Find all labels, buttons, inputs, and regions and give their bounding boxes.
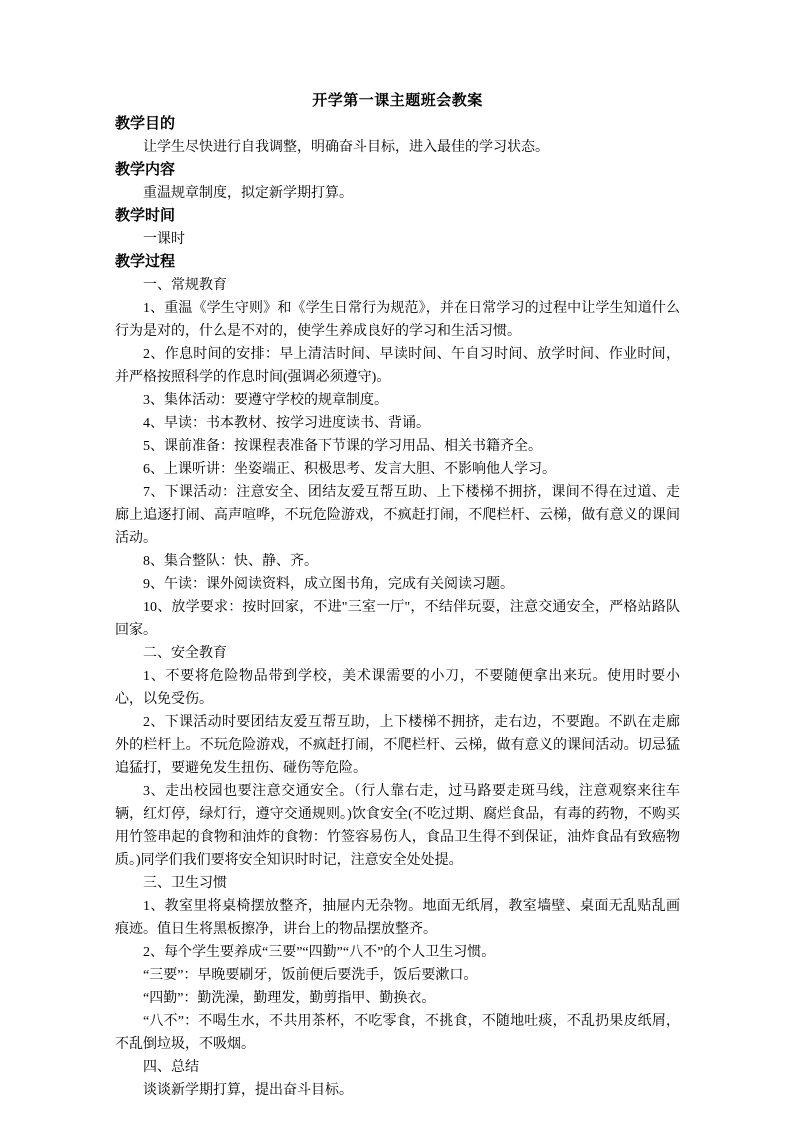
section-heading: 教学内容	[115, 159, 680, 182]
paragraph: 8、集合整队：快、静、齐。	[115, 550, 680, 573]
paragraph: 2、作息时间的安排：早上清洁时间、早读时间、午自习时间、放学时间、作业时间，并严…	[115, 343, 680, 389]
paragraph: 三、卫生习惯	[115, 872, 680, 895]
paragraph: 4、早读：书本教材、按学习进度读书、背诵。	[115, 412, 680, 435]
paragraph: “三要”：早晚要刷牙，饭前便后要洗手，饭后要漱口。	[115, 964, 680, 987]
paragraph: 2、下课活动时要团结友爱互帮互助，上下楼梯不拥挤，走右边，不要跑。不趴在走廊外的…	[115, 711, 680, 780]
paragraph: “四勤”：勤洗澡，勤理发，勤剪指甲、勤换衣。	[115, 987, 680, 1010]
paragraph: 一课时	[115, 228, 680, 251]
section-heading: 教学目的	[115, 113, 680, 136]
paragraph: “八不”：不喝生水，不共用茶杯，不吃零食，不挑食，不随地吐痰，不乱扔果皮纸屑，不…	[115, 1010, 680, 1056]
paragraph: 2、每个学生要养成“三要”“四勤”“八不”的个人卫生习惯。	[115, 941, 680, 964]
paragraph: 5、课前准备：按课程表准备下节课的学习用品、相关书籍齐全。	[115, 435, 680, 458]
paragraph: 二、安全教育	[115, 642, 680, 665]
paragraph: 1、教室里将桌椅摆放整齐，抽屉内无杂物。地面无纸屑，教室墙壁、桌面无乱贴乱画痕迹…	[115, 895, 680, 941]
document-title: 开学第一课主题班会教案	[115, 90, 680, 113]
paragraph: 3、集体活动：要遵守学校的规章制度。	[115, 389, 680, 412]
paragraph: 谈谈新学期打算，提出奋斗目标。	[115, 1079, 680, 1102]
paragraph: 10、放学要求：按时回家，不进"三室一厅"，不结伴玩耍，注意交通安全，严格站路队…	[115, 596, 680, 642]
paragraph: 四、总结	[115, 1056, 680, 1079]
document-page: 开学第一课主题班会教案 教学目的让学生尽快进行自我调整，明确奋斗目标，进入最佳的…	[0, 0, 793, 1122]
paragraph: 一、常规教育	[115, 274, 680, 297]
paragraph: 7、下课活动：注意安全、团结友爱互帮互助、上下楼梯不拥挤，课间不得在过道、走廊上…	[115, 481, 680, 550]
paragraph: 3、走出校园也要注意交通安全。（行人靠右走，过马路要走斑马线，注意观察来往车辆，…	[115, 780, 680, 872]
paragraph: 1、重温《学生守则》和《学生日常行为规范》，并在日常学习的过程中让学生知道什么行…	[115, 297, 680, 343]
paragraph: 6、上课听讲：坐姿端正、积极思考、发言大胆、不影响他人学习。	[115, 458, 680, 481]
paragraph: 让学生尽快进行自我调整，明确奋斗目标，进入最佳的学习状态。	[115, 136, 680, 159]
section-heading: 教学过程	[115, 251, 680, 274]
paragraph: 9、午读：课外阅读资料，成立图书角，完成有关阅读习题。	[115, 573, 680, 596]
paragraph: 重温规章制度，拟定新学期打算。	[115, 182, 680, 205]
section-heading: 教学时间	[115, 205, 680, 228]
document-body: 教学目的让学生尽快进行自我调整，明确奋斗目标，进入最佳的学习状态。教学内容重温规…	[115, 113, 680, 1102]
paragraph: 1、不要将危险物品带到学校，美术课需要的小刀，不要随便拿出来玩。使用时要小心，以…	[115, 665, 680, 711]
